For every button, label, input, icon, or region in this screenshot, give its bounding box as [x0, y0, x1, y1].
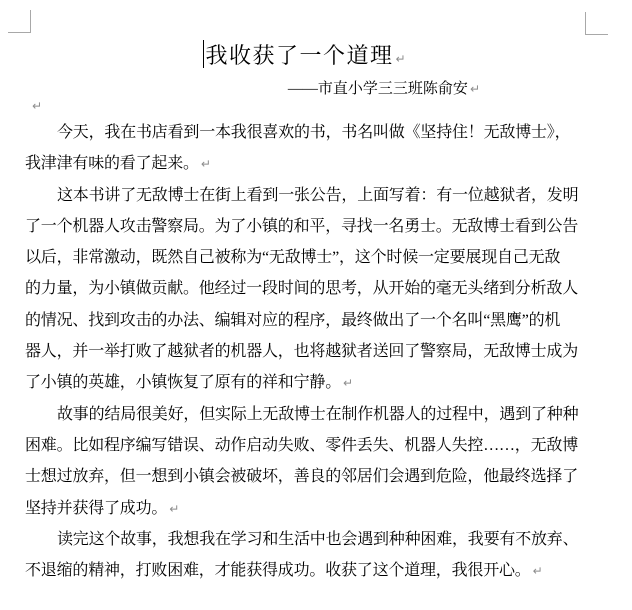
- empty-paragraph-line[interactable]: ↵: [30, 98, 42, 114]
- text-line-content: 我津津有味的看了起来。: [25, 155, 199, 172]
- paragraph-mark-icon: ↵: [201, 157, 211, 171]
- paragraph-mark-icon: ↵: [169, 502, 179, 516]
- margin-corner-mark-top-left-icon: [8, 10, 31, 33]
- text-line-content: 这本书讲了无敌博士在街上看到一张公告，上面写着：有一位越狱者，发明: [57, 187, 578, 204]
- text-line-content: 以后，非常激动，既然自己被称为“无敌博士”，这个时候一定要展现自己无敌: [25, 249, 560, 266]
- text-line-content: 坚持并获得了成功。: [25, 500, 167, 517]
- text-line[interactable]: 士想过放弃，但一想到小镇会被破坏，善良的邻居们会遇到危险，他最终选择了: [25, 461, 625, 492]
- text-line-content: 读完这个故事，我想我在学习和生活中也会遇到种种困难，我要有不放弃、: [57, 531, 578, 548]
- text-line[interactable]: 故事的结局很美好，但实际上无敌博士在制作机器人的过程中，遇到了种种: [25, 399, 625, 430]
- text-line[interactable]: 了小镇的英雄，小镇恢复了原有的祥和宁静。↵: [25, 367, 625, 398]
- text-line-content: 了一个机器人攻击警察局。为了小镇的和平，寻找一名勇士。无敌博士看到公告: [25, 218, 578, 235]
- text-line[interactable]: 这本书讲了无敌博士在街上看到一张公告，上面写着：有一位越狱者，发明: [25, 180, 625, 211]
- text-line-content: 的情况、找到攻击的办法、编辑对应的程序，最终做出了一个名叫“黑鹰”的机: [25, 312, 560, 329]
- text-line-content: 士想过放弃，但一想到小镇会被破坏，善良的邻居们会遇到危险，他最终选择了: [25, 468, 578, 485]
- document-body[interactable]: 今天，我在书店看到一本我很喜欢的书，书名叫做《坚持住！无敌博士》，我津津有味的看…: [25, 117, 625, 586]
- text-line[interactable]: 以后，非常激动，既然自己被称为“无敌博士”，这个时候一定要展现自己无敌: [25, 242, 625, 273]
- paragraph-mark-icon: ↵: [395, 52, 407, 66]
- byline-line[interactable]: ——市直小学三三班陈俞安↵: [25, 79, 480, 100]
- essay-title-line[interactable]: 我收获了一个道理↵: [25, 40, 585, 72]
- text-line[interactable]: 读完这个故事，我想我在学习和生活中也会遇到种种困难，我要有不放弃、: [25, 524, 625, 555]
- text-line[interactable]: 今天，我在书店看到一本我很喜欢的书，书名叫做《坚持住！无敌博士》，: [25, 117, 625, 148]
- text-line-content: 今天，我在书店看到一本我很喜欢的书，书名叫做《坚持住！无敌博士》，: [57, 124, 570, 141]
- text-line-content: 的力量，为小镇做贡献。他经过一段时间的思考，从开始的毫无头绪到分析敌人: [25, 280, 578, 297]
- paragraph-mark-icon: ↵: [32, 99, 42, 113]
- text-line[interactable]: 困难。比如程序编写错误、动作启动失败、零件丢失、机器人失控……，无敌博: [25, 430, 625, 461]
- byline-text: ——市直小学三三班陈俞安: [288, 81, 468, 97]
- text-line-content: 不退缩的精神，打败困难，才能获得成功。收获了这个道理，我很开心。: [25, 562, 531, 579]
- margin-corner-mark-top-right-icon: [585, 12, 608, 35]
- essay-title: 我收获了一个道理: [205, 43, 393, 68]
- text-line[interactable]: 的力量，为小镇做贡献。他经过一段时间的思考，从开始的毫无头绪到分析敌人: [25, 273, 625, 304]
- paragraph-mark-icon: ↵: [533, 564, 543, 578]
- text-line-content: 器人，并一举打败了越狱者的机器人，也将越狱者送回了警察局，无敌博士成为: [25, 343, 578, 360]
- text-line[interactable]: 了一个机器人攻击警察局。为了小镇的和平，寻找一名勇士。无敌博士看到公告: [25, 211, 625, 242]
- text-line[interactable]: 坚持并获得了成功。↵: [25, 493, 625, 524]
- text-line-content: 困难。比如程序编写错误、动作启动失败、零件丢失、机器人失控……，无敌博: [25, 437, 578, 454]
- paragraph-mark-icon: ↵: [470, 82, 480, 96]
- text-line-content: 了小镇的英雄，小镇恢复了原有的祥和宁静。: [25, 374, 341, 391]
- document-page[interactable]: 我收获了一个道理↵ ——市直小学三三班陈俞安↵ ↵ 今天，我在书店看到一本我很喜…: [0, 0, 632, 610]
- paragraph-mark-icon: ↵: [343, 376, 353, 390]
- text-line[interactable]: 我津津有味的看了起来。↵: [25, 148, 625, 179]
- text-line[interactable]: 器人，并一举打败了越狱者的机器人，也将越狱者送回了警察局，无敌博士成为: [25, 336, 625, 367]
- text-line[interactable]: 的情况、找到攻击的办法、编辑对应的程序，最终做出了一个名叫“黑鹰”的机: [25, 305, 625, 336]
- text-line[interactable]: 不退缩的精神，打败困难，才能获得成功。收获了这个道理，我很开心。↵: [25, 555, 625, 586]
- text-line-content: 故事的结局很美好，但实际上无敌博士在制作机器人的过程中，遇到了种种: [57, 406, 578, 423]
